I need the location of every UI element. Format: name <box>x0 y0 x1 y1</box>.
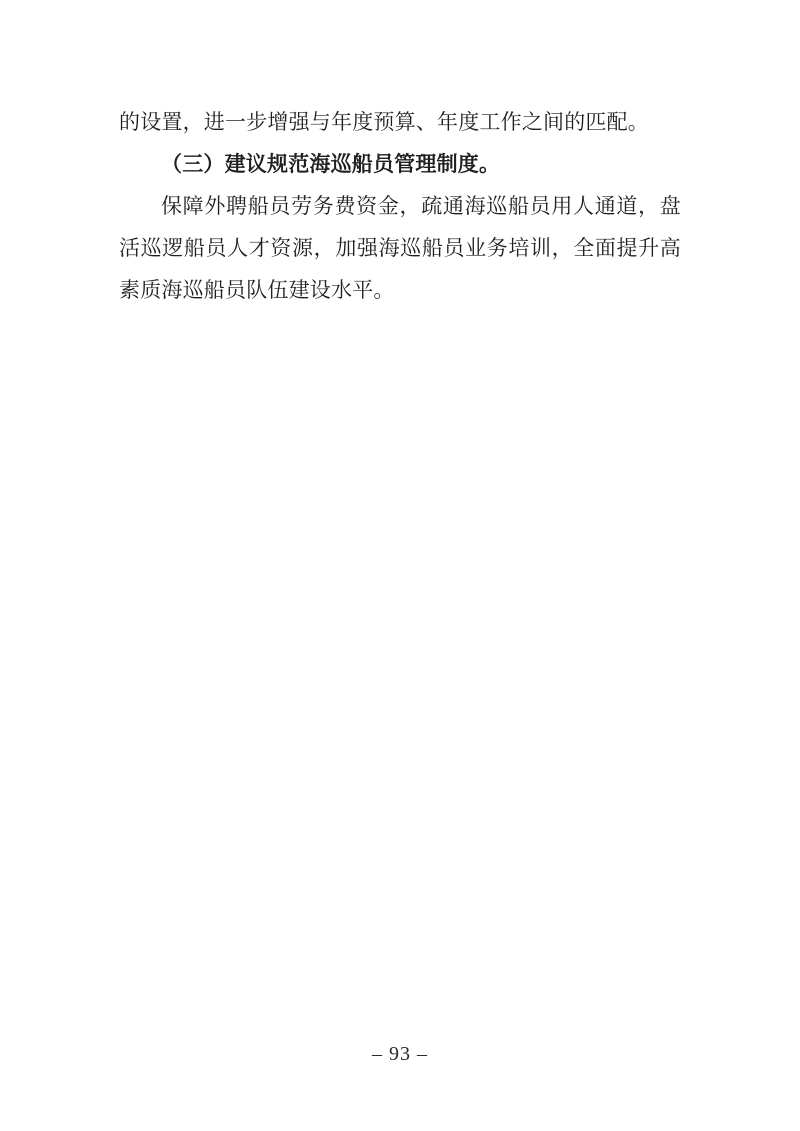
page-number: – 93 – <box>0 1043 800 1066</box>
paragraph-body: 保障外聘船员劳务费资金，疏通海巡船员用人通道，盘活巡逻船员人才资源，加强海巡船员… <box>119 185 681 311</box>
document-page: 的设置，进一步增强与年度预算、年度工作之间的匹配。 （三）建议规范海巡船员管理制… <box>0 0 800 1131</box>
section-heading: （三）建议规范海巡船员管理制度。 <box>119 143 681 185</box>
paragraph-continuation: 的设置，进一步增强与年度预算、年度工作之间的匹配。 <box>119 101 681 143</box>
page-content: 的设置，进一步增强与年度预算、年度工作之间的匹配。 （三）建议规范海巡船员管理制… <box>119 101 681 311</box>
